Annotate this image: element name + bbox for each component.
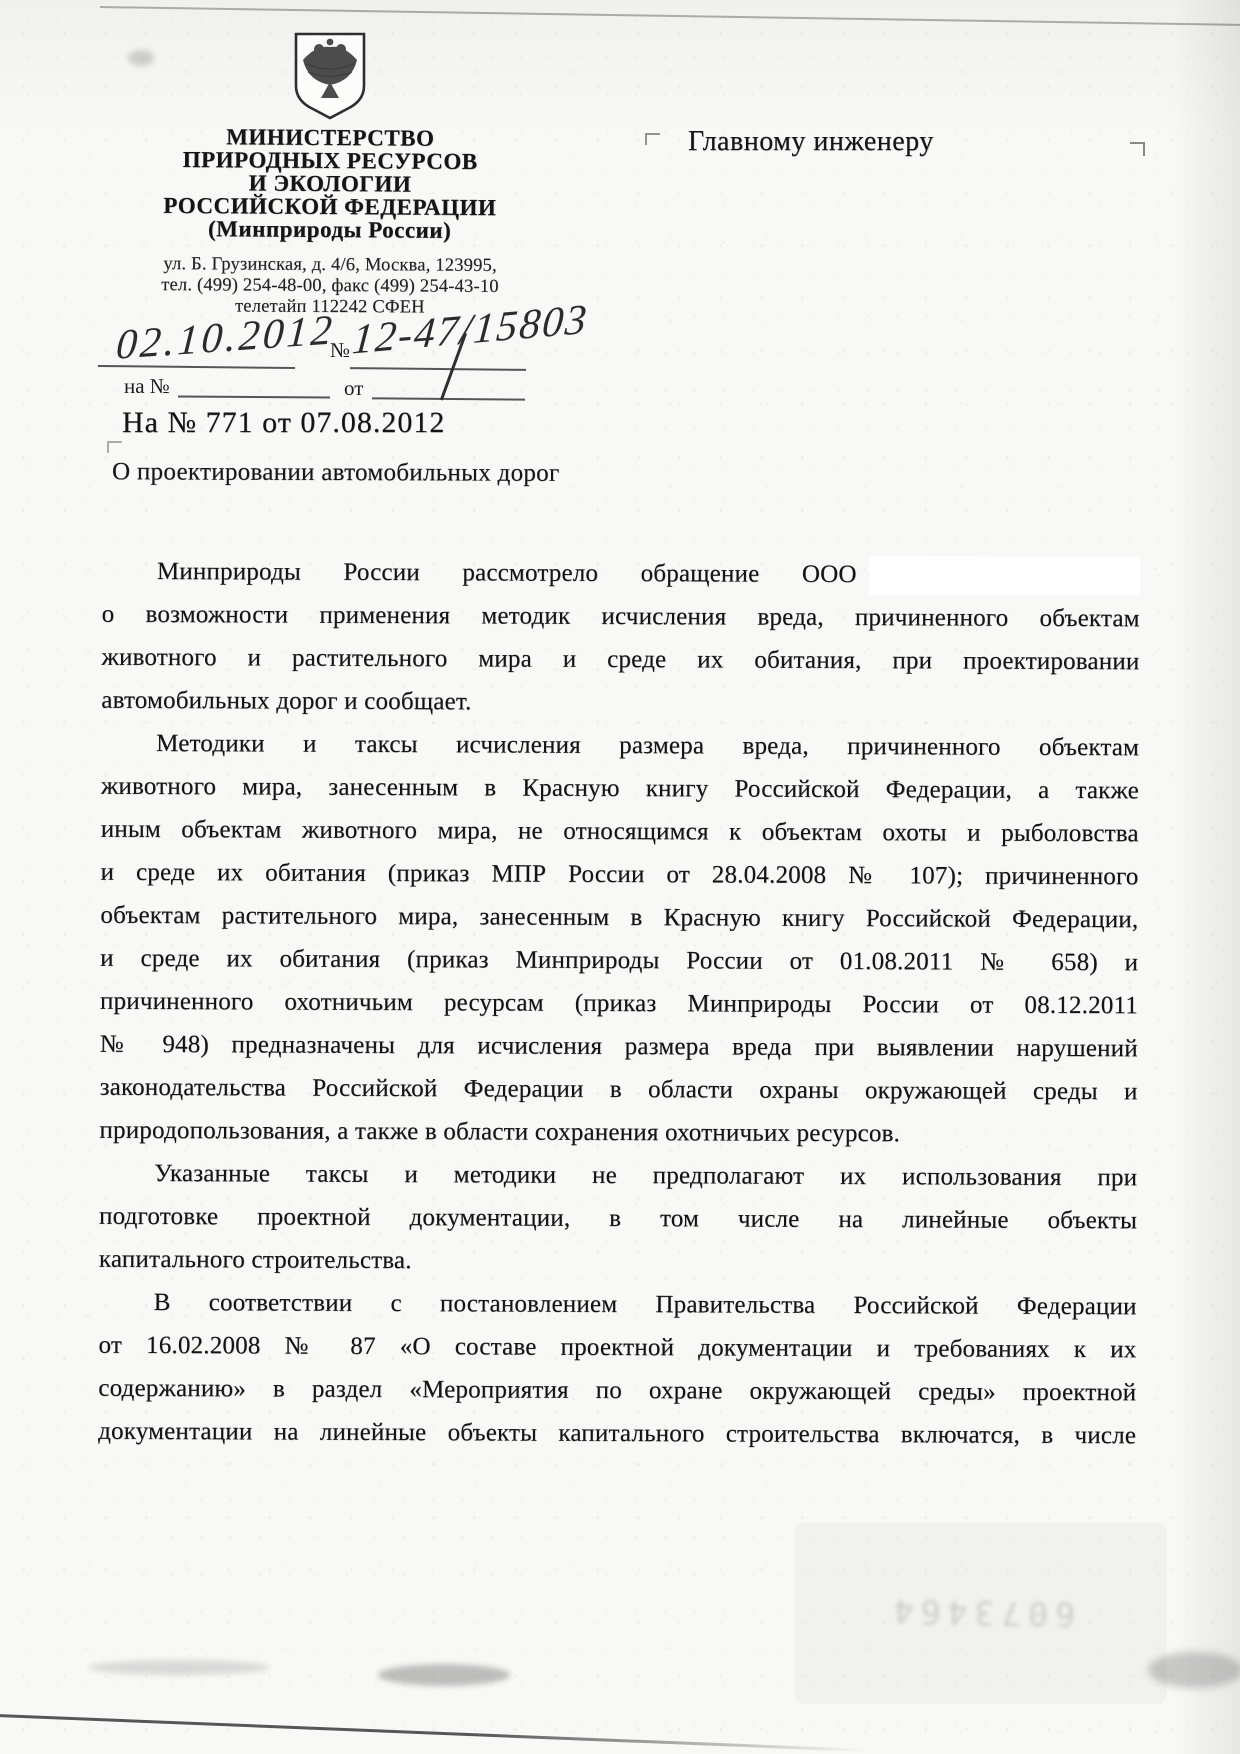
body-line: автомобильных дорог и сообщает. xyxy=(101,679,1139,727)
body-line: документации на линейные объекты капитал… xyxy=(98,1410,1136,1458)
paragraph: В соответствии с постановлением Правител… xyxy=(98,1281,1137,1458)
number-underline xyxy=(350,367,526,371)
ministry-line: И ЭКОЛОГИИ xyxy=(90,170,570,196)
scan-smudge xyxy=(128,50,154,66)
scan-shadow-right-edge xyxy=(1172,0,1240,1754)
redacted-area xyxy=(869,556,1140,595)
coat-of-arms-icon xyxy=(288,30,372,122)
ministry-short-name: (Минприроды России) xyxy=(90,216,570,242)
number-label: № xyxy=(330,338,350,363)
ministry-line: РОССИЙСКОЙ ФЕДЕРАЦИИ xyxy=(90,193,570,219)
body-line: Указанные таксы и методики не предполага… xyxy=(99,1152,1137,1200)
scan-edge-line-top xyxy=(100,6,1240,26)
address-line: тел. (499) 254-48-00, факс (499) 254-43-… xyxy=(90,275,570,299)
body-line: животного мира, занесенным в Красную кни… xyxy=(101,765,1139,813)
bleed-through-stamp: 6073464 xyxy=(845,1591,1076,1634)
body-line: от 16.02.2008 № 87 «О составе проектной … xyxy=(98,1324,1136,1372)
body-line: содержанию» в раздел «Мероприятия по охр… xyxy=(98,1367,1136,1415)
scan-smudge xyxy=(88,1660,270,1675)
address-line: ул. Б. Грузинская, д. 4/6, Москва, 12399… xyxy=(90,254,570,278)
corner-mark-recipient-left xyxy=(645,133,660,145)
body-line-text: Минприроды России рассмотрело обращение … xyxy=(102,550,857,596)
body-line: и среде их обитания (приказ Минприроды Р… xyxy=(100,937,1138,985)
body-paragraphs: о возможности применения методик исчисле… xyxy=(98,593,1140,1458)
subject-line: О проектировании автомобильных дорог xyxy=(112,458,560,488)
letterhead-ministry-name: МИНИСТЕРСТВО ПРИРОДНЫХ РЕСУРСОВ И ЭКОЛОГ… xyxy=(90,124,571,242)
body-line: Минприроды России рассмотрело обращение … xyxy=(102,550,1140,598)
corner-mark-subject xyxy=(107,441,122,453)
body-line: и среде их обитания (приказ МПР России о… xyxy=(100,851,1138,899)
scanned-letter-page: МИНИСТЕРСТВО ПРИРОДНЫХ РЕСУРСОВ И ЭКОЛОГ… xyxy=(0,0,1240,1754)
body-line: о возможности применения методик исчисле… xyxy=(102,593,1140,641)
scan-smudge xyxy=(1148,1652,1240,1688)
body-line: причиненного охотничьим ресурсам (приказ… xyxy=(100,980,1138,1028)
scan-edge-line-bottom xyxy=(0,1714,867,1751)
body-line: В соответствии с постановлением Правител… xyxy=(99,1281,1137,1329)
body-line: № 948) предназначены для исчисления разм… xyxy=(100,1023,1138,1071)
letter-body: Минприроды России рассмотрело обращение … xyxy=(98,550,1140,1458)
body-line: объектам растительного мира, занесенным … xyxy=(100,894,1138,942)
reply-number-underline xyxy=(178,395,330,398)
body-line: капитального строительства. xyxy=(99,1238,1137,1286)
body-line: Методики и таксы исчисления размера вред… xyxy=(101,722,1139,770)
reply-date-underline xyxy=(372,397,525,400)
reply-to-label: на № xyxy=(124,374,170,399)
body-line: законодательства Российской Федерации в … xyxy=(100,1066,1138,1114)
scan-smudge xyxy=(378,1664,510,1686)
body-line: животного и растительного мира и среде и… xyxy=(101,636,1139,684)
body-line: подготовке проектной документации, в том… xyxy=(99,1195,1137,1243)
body-line: иным объектам животного мира, не относящ… xyxy=(101,808,1139,856)
in-reply-to-reference: На № 771 от 07.08.2012 xyxy=(122,406,445,440)
reply-from-label: от xyxy=(344,376,363,401)
paragraph: Методики и таксы исчисления размера вред… xyxy=(99,722,1139,1157)
paragraph: Указанные таксы и методики не предполага… xyxy=(99,1152,1138,1286)
ministry-line: ПРИРОДНЫХ РЕСУРСОВ xyxy=(90,147,570,173)
paragraph: о возможности применения методик исчисле… xyxy=(101,593,1140,727)
body-line: природопользования, а также в области со… xyxy=(99,1109,1137,1157)
recipient: Главному инженеру xyxy=(688,126,934,158)
ministry-line: МИНИСТЕРСТВО xyxy=(90,124,570,150)
corner-mark-recipient-right xyxy=(1130,142,1145,156)
